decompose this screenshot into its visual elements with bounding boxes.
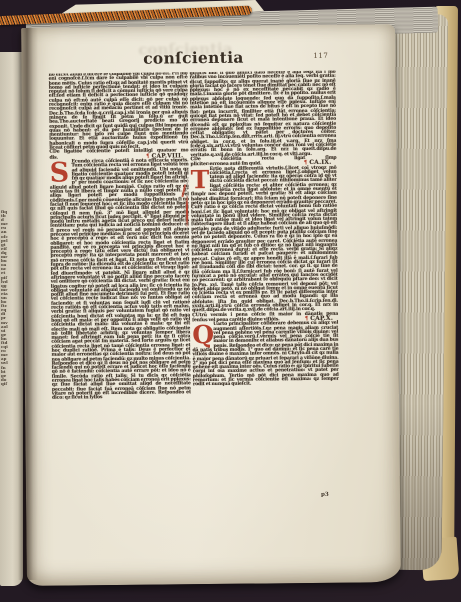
folio-number: 117	[313, 52, 328, 60]
rubricated-initial-S: S	[49, 161, 69, 184]
chapter-body: Ecundo circa cōſcientiā ē nota efficacia…	[50, 158, 191, 401]
paragraph: nō eſt:et aliud ē dicere ſe culpabilē vb…	[49, 72, 189, 151]
quire-signature: p3	[321, 492, 329, 498]
chapter-text: SEcundo circa cōſcientiā ē nota efficaci…	[49, 159, 191, 401]
paragraph: giſticis mō: ſi duo amiſci dato neceſſe …	[190, 71, 337, 158]
chapter-body: Uarto principaliter cōſiderare debemus c…	[192, 321, 338, 388]
recto-page: conſcientia conſcientia 117 nō eſt:et al…	[21, 24, 401, 586]
chapter-body: Ertio nota differentiā virtutis.ſ.licet …	[191, 165, 338, 313]
running-title: conſcientia	[133, 48, 253, 68]
chapter-text: QUarto principaliter cōſiderare debemus …	[192, 322, 339, 388]
chapter-text: TErtio nota differentiā virtutis.ſ.licet…	[191, 166, 339, 314]
facing-page-text-fragment: ſiqtbdmeruanoſcpvlgteiſdqmrbuoancetpiſlv…	[1, 210, 8, 592]
rubricated-initial-Q: Q	[192, 324, 211, 346]
gutter-shadow	[18, 28, 38, 580]
text-column-left: nō eſt:et aliud ē dicere ſe culpabilē vb…	[49, 72, 193, 511]
initial-flourish	[186, 194, 188, 228]
text-column-right: giſticis mō: ſi duo amiſci dato neceſſe …	[190, 71, 341, 511]
rubric-line-end: dis.	[49, 156, 58, 160]
photo-of-open-book: ſiqtbdmeruanoſcpvlgteiſdqmrbuoancetpiſlv…	[0, 0, 461, 602]
rubricated-initial-T: T	[191, 169, 208, 190]
